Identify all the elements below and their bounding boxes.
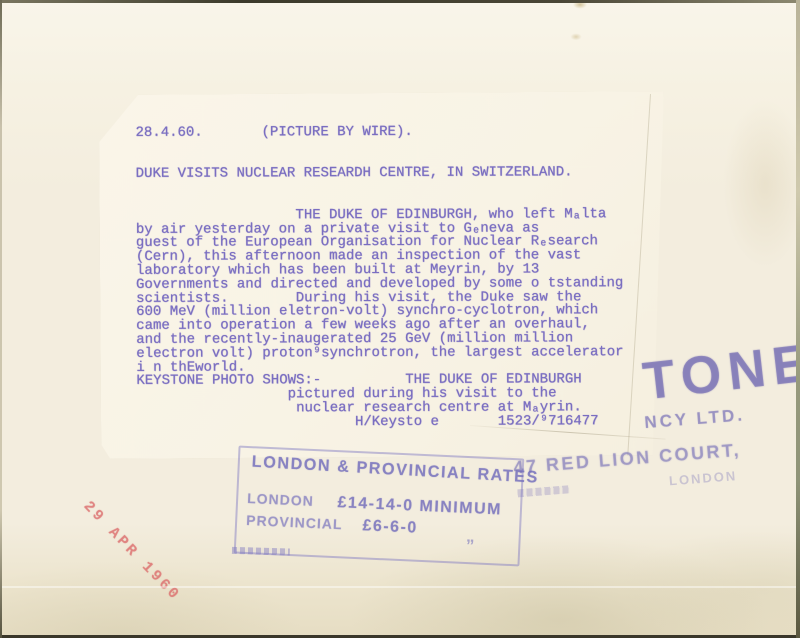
keystone-stamp-city: LONDON: [668, 468, 737, 488]
rates-stamp: LONDON & PROVINCIAL RATES LONDON £14-14-…: [234, 446, 525, 567]
rates-stamp-quote-mark: ”: [465, 536, 474, 556]
rates-stamp-smudge: [232, 547, 290, 556]
photo-edge-left: [0, 0, 2, 638]
photo-edge-right: [796, 0, 800, 638]
rates-stamp-row2-value: £6-6-0: [336, 516, 418, 537]
paper-stain: [560, 0, 600, 46]
keystone-stamp: TONE NCY LTD. 47 RED LION COURT, LONDON: [499, 330, 800, 529]
rates-stamp-row1-value: £14-14-0 MINIMUM: [337, 494, 502, 518]
rates-stamp-title: LONDON & PROVINCIAL RATES: [251, 453, 539, 488]
photo-edge-top: [0, 0, 800, 3]
photo-back: 28.4.60. (PICTURE BY WIRE). DUKE VISITS …: [0, 0, 800, 638]
rates-stamp-row1-label: LONDON: [247, 490, 334, 510]
paper-texture-line: [0, 586, 800, 588]
keystone-stamp-faint-mark: [517, 485, 569, 497]
received-date-stamp: 29 APR 1960: [80, 498, 184, 605]
rates-stamp-row: PROVINCIAL £6-6-0: [246, 512, 418, 538]
paper-stain: [688, 96, 798, 316]
keystone-stamp-name-fragment: TONE: [640, 332, 800, 412]
rates-stamp-row2-label: PROVINCIAL: [246, 512, 333, 532]
